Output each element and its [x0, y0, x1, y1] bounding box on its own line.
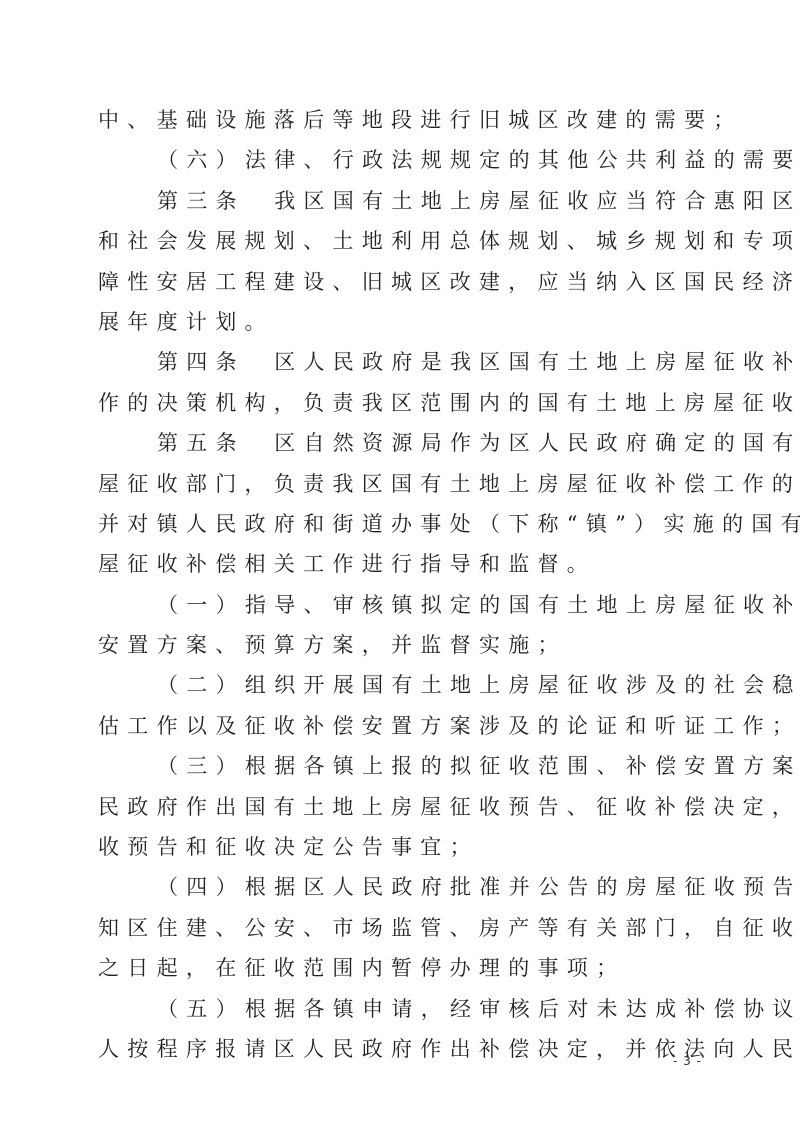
text-line-22: 之日起，在征收范围内暂停办理的事项； [98, 948, 728, 988]
text-line-8: 作的决策机构，负责我区范围内的国有土地上房屋征收补偿工作。 [98, 383, 728, 423]
text-line-12: 屋征收补偿相关工作进行指导和监督。 [98, 544, 728, 584]
clause-2-line: （二）组织开展国有土地上房屋征收涉及的社会稳定风险评 [98, 665, 728, 705]
text-line-21: 知区住建、公安、市场监管、房产等有关部门，自征收预告发布 [98, 908, 728, 948]
clause-1-line: （一）指导、审核镇拟定的国有土地上房屋征收补偿的补偿 [98, 585, 728, 625]
text-line-18: 民政府作出国有土地上房屋征收预告、征收补偿决定，并办理征 [98, 787, 728, 827]
text-line-24: 人按程序报请区人民政府作出补偿决定，并依法向人民法院申请 [98, 1029, 728, 1069]
text-line-10: 屋征收部门，负责我区国有土地上房屋征收补偿工作的组织实施， [98, 464, 728, 504]
article-5-heading-line: 第五条 区自然资源局作为区人民政府确定的国有土地上房 [98, 423, 728, 463]
clause-3-line: （三）根据各镇上报的拟征收范围、补偿安置方案提请区人 [98, 746, 728, 786]
article-4-heading-line: 第四条 区人民政府是我区国有土地上房屋征收补偿安置工 [98, 342, 728, 382]
text-line-14: 安置方案、预算方案，并监督实施； [98, 625, 728, 665]
document-body: 中、基础设施落后等地段进行旧城区改建的需要； （六）法律、行政法规规定的其他公共… [98, 100, 728, 1069]
article-3-heading-line: 第三条 我区国有土地上房屋征收应当符合惠阳区国民经济 [98, 181, 728, 221]
text-line-1: 中、基础设施落后等地段进行旧城区改建的需要； [98, 100, 728, 140]
text-line-4: 和社会发展规划、土地利用总体规划、城乡规划和专项规划。保 [98, 221, 728, 261]
clause-4-line: （四）根据区人民政府批准并公告的房屋征收预告，书面通 [98, 867, 728, 907]
text-line-2: （六）法律、行政法规规定的其他公共利益的需要。 [98, 140, 728, 180]
page-number: - 3 - [673, 1054, 702, 1068]
text-line-19: 收预告和征收决定公告事宜； [98, 827, 728, 867]
text-line-6: 展年度计划。 [98, 302, 728, 342]
text-line-5: 障性安居工程建设、旧城区改建，应当纳入区国民经济和社会发 [98, 262, 728, 302]
clause-5-line: （五）根据各镇申请，经审核后对未达成补偿协议的被征收 [98, 989, 728, 1029]
document-page: 中、基础设施落后等地段进行旧城区改建的需要； （六）法律、行政法规规定的其他公共… [0, 0, 800, 1131]
text-line-11: 并对镇人民政府和街道办事处（下称“镇”）实施的国有土地上房 [98, 504, 728, 544]
text-line-16: 估工作以及征收补偿安置方案涉及的论证和听证工作； [98, 706, 728, 746]
